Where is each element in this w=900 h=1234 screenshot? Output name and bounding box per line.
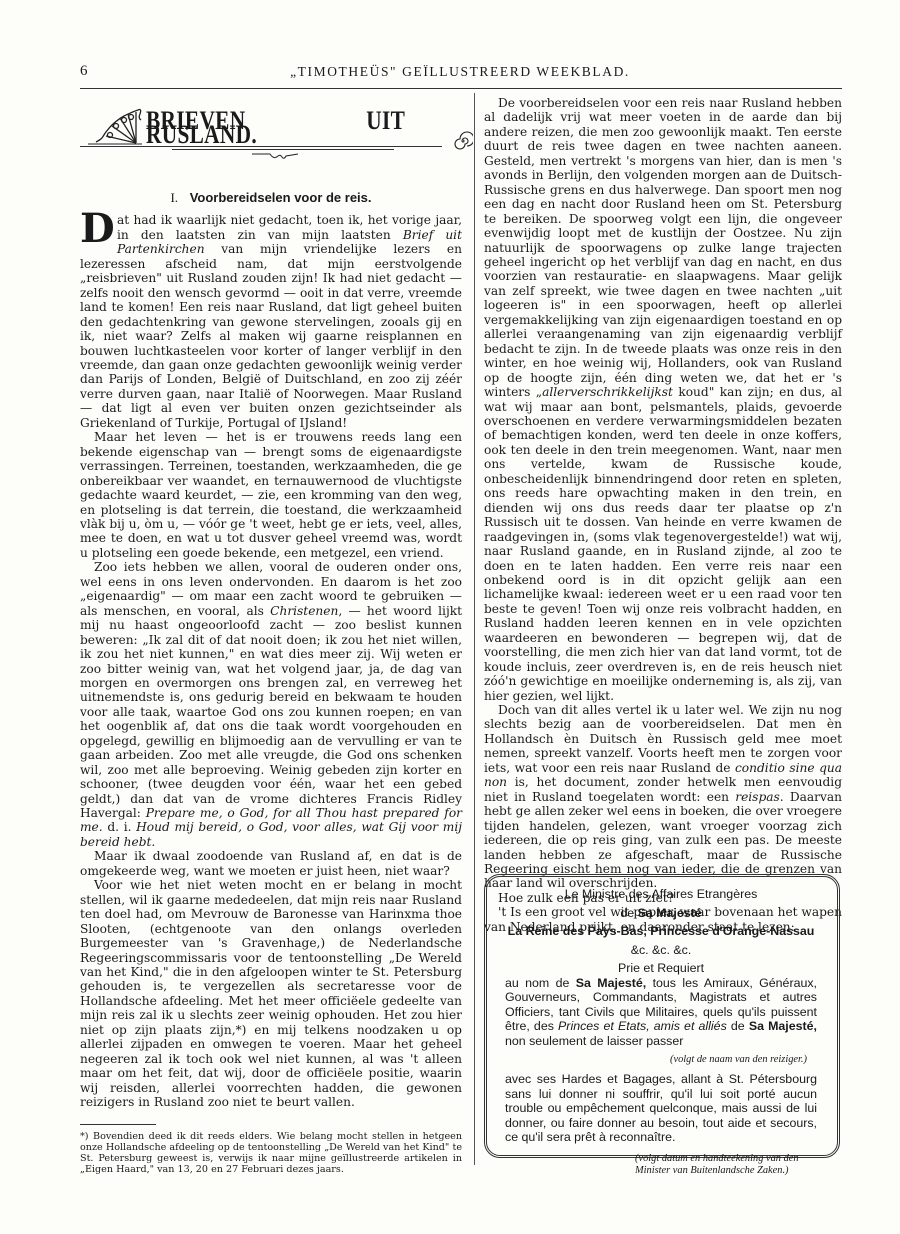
paragraph: Maar ik dwaal zoodoende van Rusland af, … [80,849,462,878]
section-title: Voorbereidselen voor de reis. [190,190,372,205]
flourish-ornament-icon [250,152,300,162]
paragraph: Dat had ik waarlijk niet gedacht, toen i… [80,213,462,430]
passport-body: avec ses Hardes et Bagages, allant à St.… [505,1072,817,1145]
swirl-ornament-icon [453,131,473,151]
text: de [727,1019,749,1033]
paragraph: Zoo iets hebben we allen, vooral de oude… [80,560,462,849]
italic-text: Houd mij bereid, o God, voor alles, wat … [80,820,462,848]
passport-line: La Reine des Pays-Bas, Princesse d'Orang… [505,924,817,939]
text: , — het woord lijkt mij nu haast ongeoor… [80,604,462,820]
header-rule [80,88,842,89]
paragraph: Doch van dit alles vertel ik u later wel… [484,703,842,891]
title-block: BRIEVEN UIT RUSLAND. [80,96,462,191]
right-column: De voorbereidselen voor een reis naar Ru… [484,96,842,934]
left-column: BRIEVEN UIT RUSLAND. I. Voorbereidselen … [80,96,462,1175]
text: (volgt datum en handteekening van den [635,1153,817,1165]
passport-line: de Sa Majesté [505,906,817,921]
text: De voorbereidselen voor een reis naar Ru… [484,96,842,399]
title-rule [80,146,442,147]
running-title: „TIMOTHEÜS" GEÏLLUSTREERD WEEKBLAD. [80,64,840,80]
text: Minister van Buitenlandsche Zaken.) [635,1165,817,1177]
title-underline [172,149,394,150]
passport-line: Prie et Requiert [505,961,817,976]
text: koud" kan zijn; en dus, al wat wij maar … [484,385,842,703]
passport-body: au nom de Sa Majesté, tous les Amiraux, … [505,976,817,1049]
bold-text: Sa Majesté, [749,1019,817,1033]
italic-text: allerverschrikkelijkst [542,385,673,399]
page-header: 6 „TIMOTHEÜS" GEÏLLUSTREERD WEEKBLAD. [80,60,840,82]
italic-text: Princes et Etats, amis et alliés [558,1019,727,1033]
bold-text: Sa Majesté, [576,976,646,990]
italic-text: reispas [735,790,780,804]
paragraph: De voorbereidselen voor een reis naar Ru… [484,96,842,703]
text: de [620,906,637,920]
article-title: BRIEVEN UIT RUSLAND. [146,114,405,143]
italic-text: Christenen [270,604,338,618]
passport-line: Le Ministre des Affaires Etrangères [505,887,817,902]
passport-line: &c. &c. &c. [505,943,817,958]
footnote-rule [80,1124,156,1125]
column-divider [474,93,475,1165]
section-number: I. [170,190,178,205]
footnote: *) Bovendien deed ik dit reeds elders. W… [80,1131,462,1175]
section-heading: I. Voorbereidselen voor de reis. [80,191,462,205]
bold-text: Sa Majesté [638,906,702,920]
text: non seulement de laisser passer [505,1034,683,1048]
passport-note-name: (volgt de naam van den reiziger.) [505,1054,807,1066]
drop-cap: D [80,213,114,244]
paragraph: Voor wie het niet weten mocht en er bela… [80,878,462,1109]
paragraph: Maar het leven — het is er trouwens reed… [80,430,462,560]
passport-note-signature: (volgt datum en handteekening van den Mi… [635,1153,817,1177]
passport-document-box: Le Ministre des Affaires Etrangères de S… [484,874,840,1158]
text: d. i. [103,820,137,834]
text: van mijn vriendelijke lezers en lezeress… [80,242,462,429]
fan-ornament-icon [86,106,144,146]
text: au nom de [505,976,576,990]
